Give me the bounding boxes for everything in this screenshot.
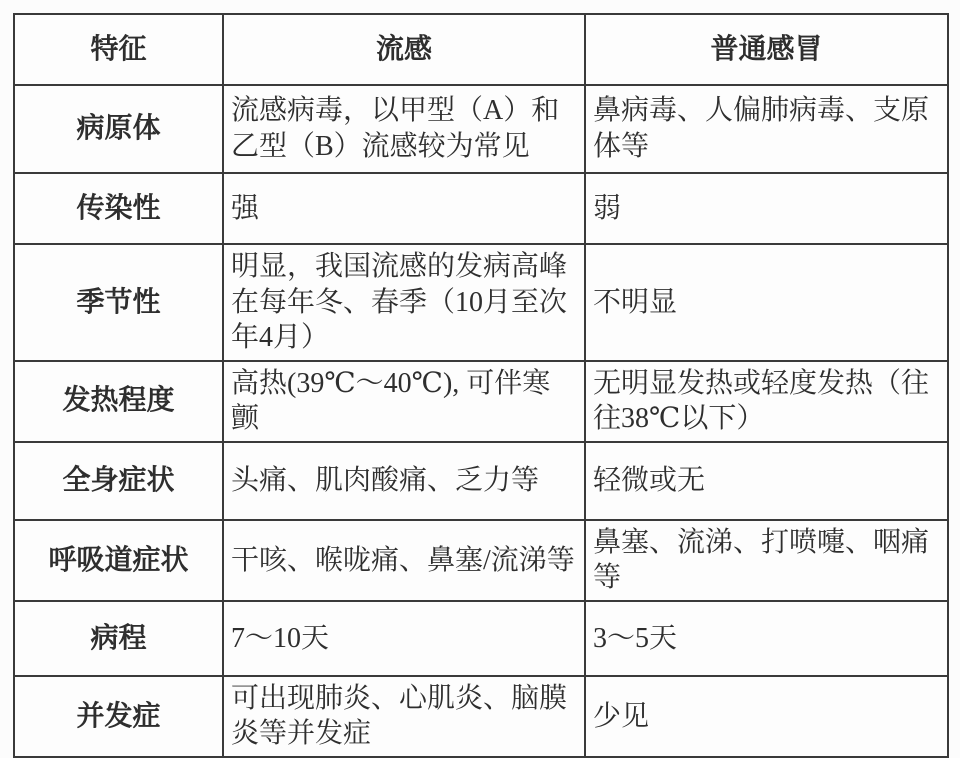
cell-complications-cold: 少见: [585, 676, 948, 749]
row-header-systemic-symptoms: 全身症状: [14, 442, 223, 520]
row-header-pathogen: 病原体: [14, 85, 223, 173]
row-seasonality: 季节性 明显，我国流感的发病高峰在每年冬、春季（10月至次年4月） 不明显: [14, 244, 948, 361]
cell-disease-course-flu: 7～10天: [223, 601, 585, 676]
row-header-complications: 并发症: [14, 676, 223, 749]
row-disease-course: 病程 7～10天 3～5天: [14, 601, 948, 676]
cell-fever-level-cold: 无明显发热或轻度发热（往往38℃以下）: [585, 361, 948, 442]
header-row: 特征 流感 普通感冒: [14, 14, 948, 85]
cell-pathogen-flu: 流感病毒，以甲型（A）和乙型（B）流感较为常见: [223, 85, 585, 173]
row-fever-level: 发热程度 高热(39℃～40℃), 可伴寒颤 无明显发热或轻度发热（往往38℃以…: [14, 361, 948, 442]
row-header-fever-level: 发热程度: [14, 361, 223, 442]
flu-vs-cold-comparison-table: 特征 流感 普通感冒 病原体 流感病毒，以甲型（A）和乙型（B）流感较为常见 鼻…: [13, 13, 949, 749]
cell-disease-course-cold: 3～5天: [585, 601, 948, 676]
row-header-respiratory-symptoms: 呼吸道症状: [14, 520, 223, 601]
column-header-flu: 流感: [223, 14, 585, 85]
column-header-feature: 特征: [14, 14, 223, 85]
row-header-seasonality: 季节性: [14, 244, 223, 361]
row-systemic-symptoms: 全身症状 头痛、肌肉酸痛、乏力等 轻微或无: [14, 442, 948, 520]
column-header-common-cold: 普通感冒: [585, 14, 948, 85]
cell-systemic-symptoms-cold: 轻微或无: [585, 442, 948, 520]
cell-respiratory-symptoms-cold: 鼻塞、流涕、打喷嚏、咽痛等: [585, 520, 948, 601]
row-complications: 并发症 可出现肺炎、心肌炎、脑膜炎等并发症 少见: [14, 676, 948, 749]
cell-seasonality-flu: 明显，我国流感的发病高峰在每年冬、春季（10月至次年4月）: [223, 244, 585, 361]
row-header-contagiousness: 传染性: [14, 173, 223, 244]
cell-complications-flu: 可出现肺炎、心肌炎、脑膜炎等并发症: [223, 676, 585, 749]
cell-fever-level-flu: 高热(39℃～40℃), 可伴寒颤: [223, 361, 585, 442]
row-respiratory-symptoms: 呼吸道症状 干咳、喉咙痛、鼻塞/流涕等 鼻塞、流涕、打喷嚏、咽痛等: [14, 520, 948, 601]
cell-pathogen-cold: 鼻病毒、人偏肺病毒、支原体等: [585, 85, 948, 173]
cell-contagiousness-flu: 强: [223, 173, 585, 244]
comparison-table-container: 特征 流感 普通感冒 病原体 流感病毒，以甲型（A）和乙型（B）流感较为常见 鼻…: [13, 13, 949, 749]
cell-respiratory-symptoms-flu: 干咳、喉咙痛、鼻塞/流涕等: [223, 520, 585, 601]
row-pathogen: 病原体 流感病毒，以甲型（A）和乙型（B）流感较为常见 鼻病毒、人偏肺病毒、支原…: [14, 85, 948, 173]
cell-systemic-symptoms-flu: 头痛、肌肉酸痛、乏力等: [223, 442, 585, 520]
row-contagiousness: 传染性 强 弱: [14, 173, 948, 244]
row-header-disease-course: 病程: [14, 601, 223, 676]
cell-seasonality-cold: 不明显: [585, 244, 948, 361]
cell-contagiousness-cold: 弱: [585, 173, 948, 244]
